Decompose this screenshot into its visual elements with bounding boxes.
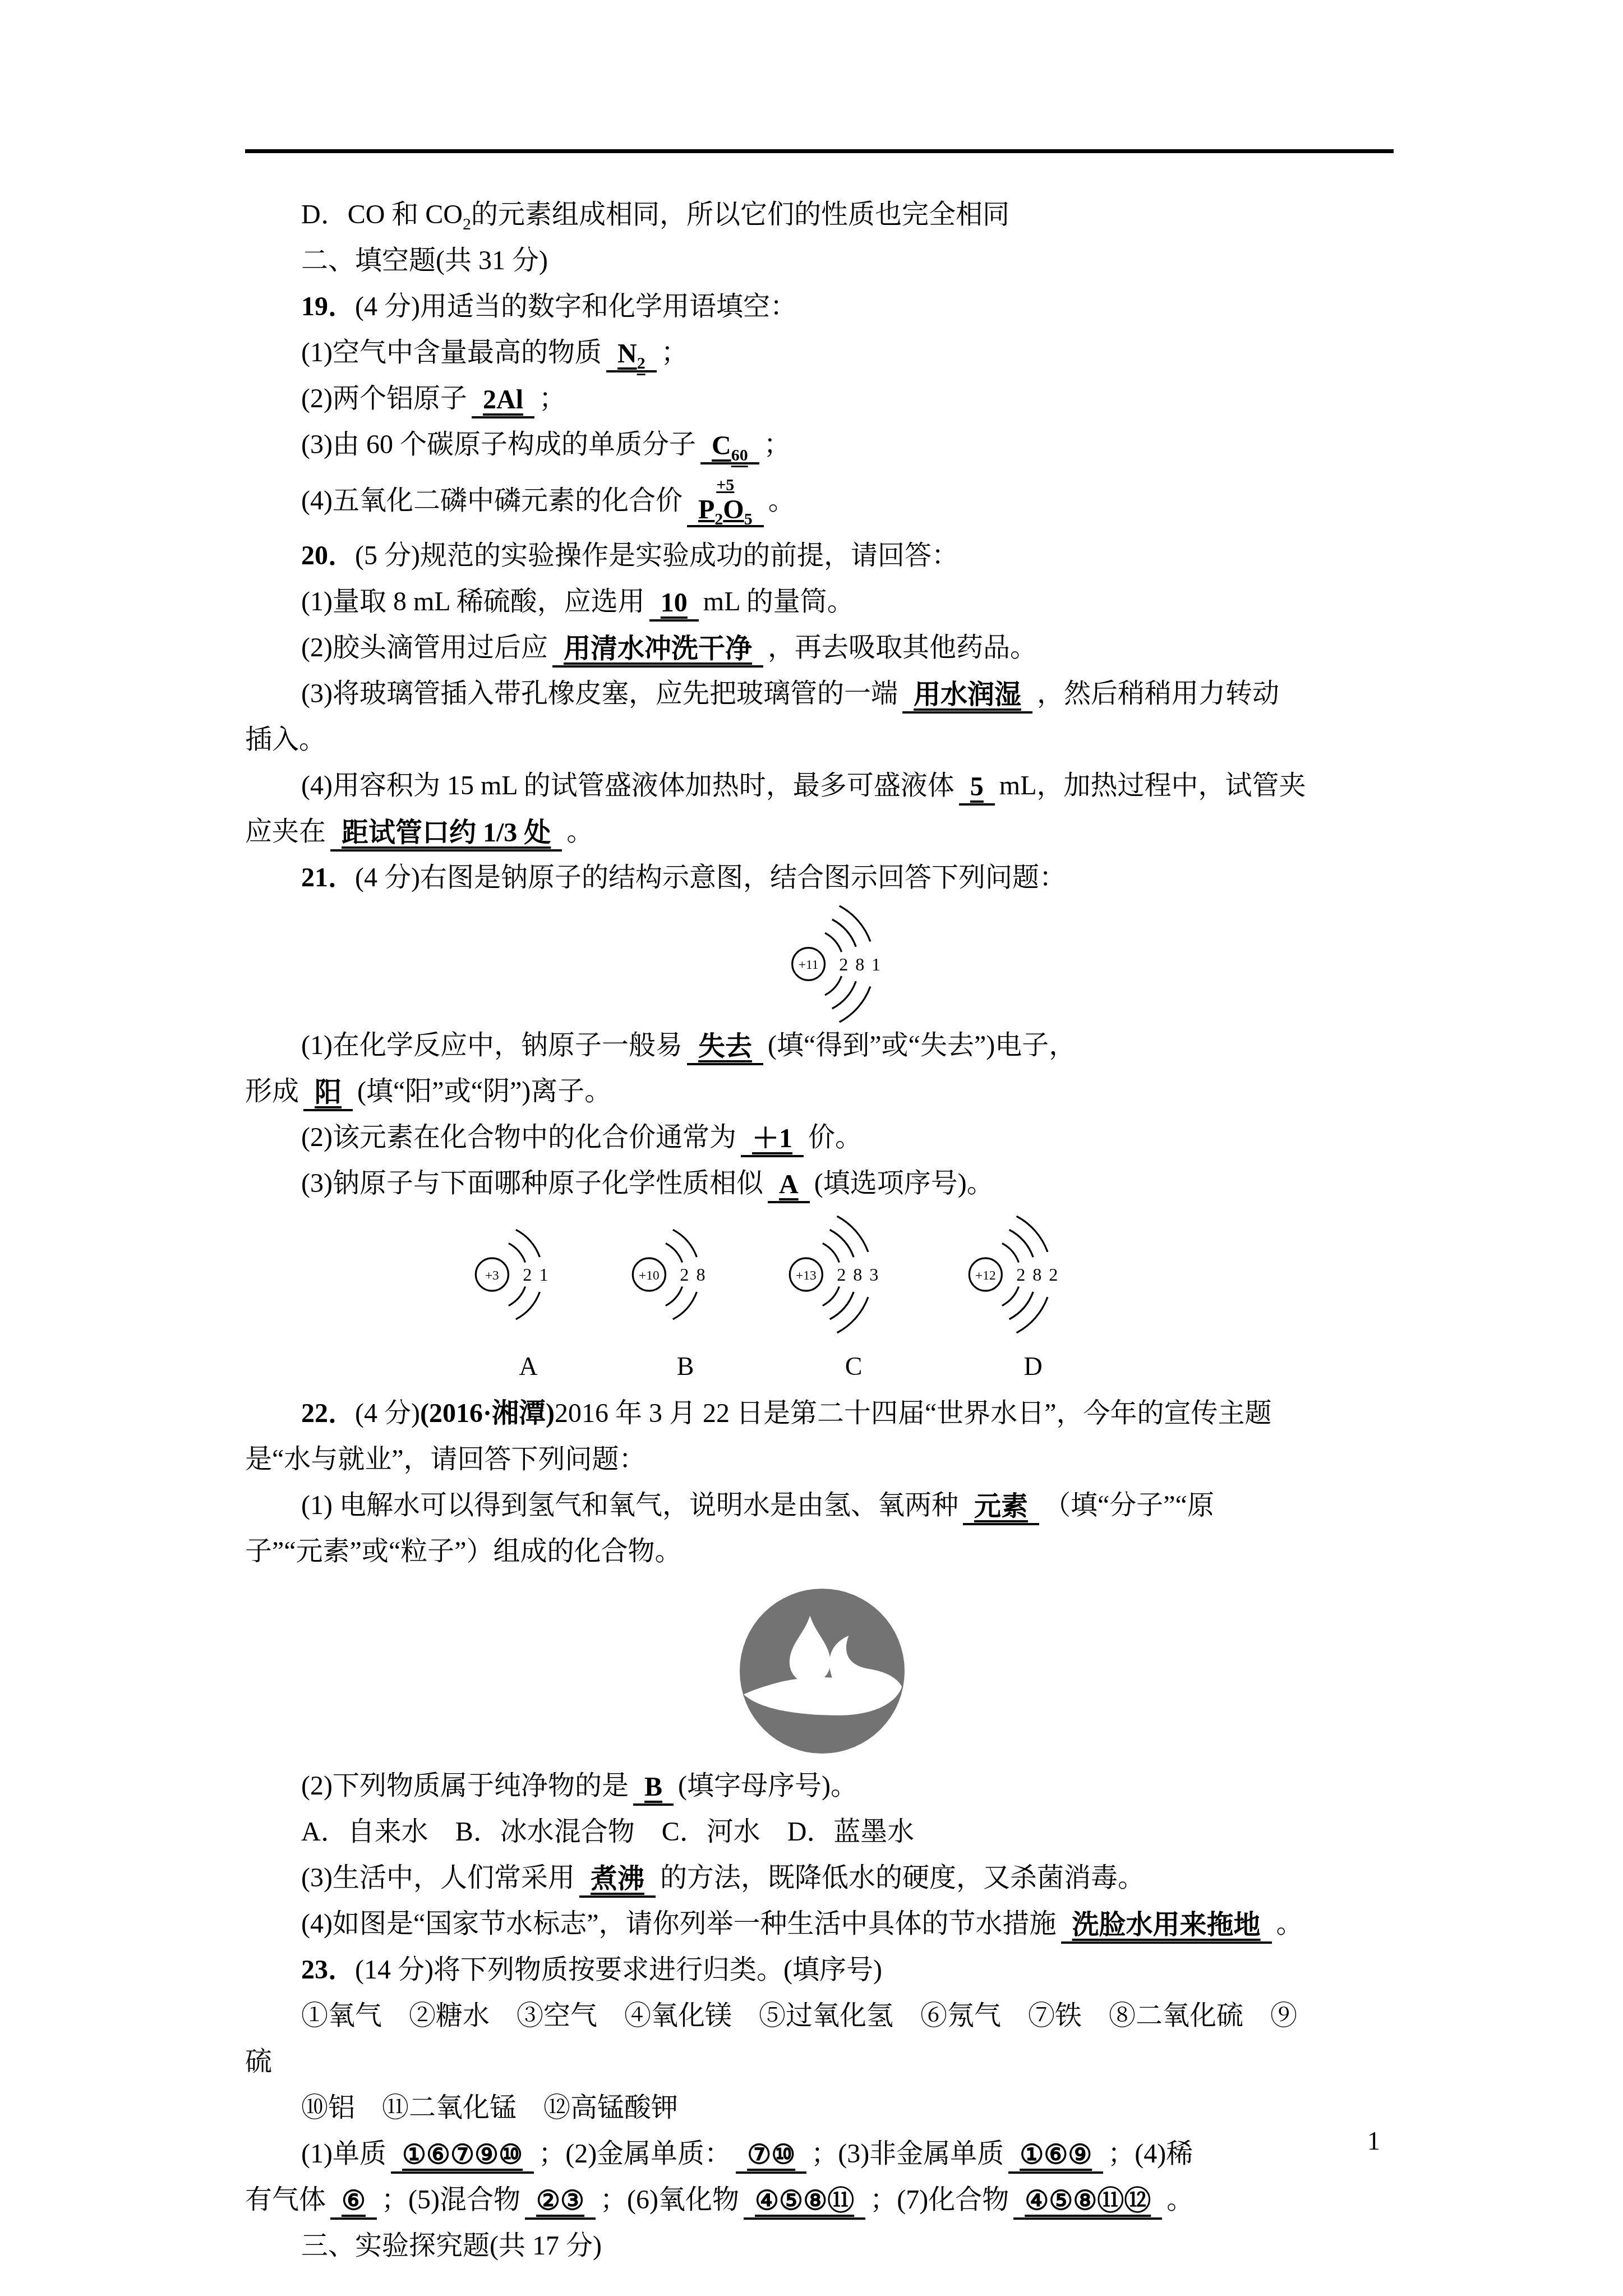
answer-blank-p2o5: +5P2O5 [687, 476, 764, 527]
q23-cls-label5: 有气体 [245, 2185, 326, 2215]
atom-option-d-svg: +12 2 8 2 [963, 1216, 1103, 1333]
water-saving-logo [245, 1588, 1399, 1754]
q19-item4-punct: 。 [768, 486, 795, 516]
q22-head-cont: 是“水与就业”，请回答下列问题： [245, 1437, 1399, 1483]
q22-head-text: 2016 年 3 月 22 日是第二十四届“世界水日”，今年的宣传主题 [555, 1398, 1272, 1428]
q20-item4-punct: 。 [566, 817, 593, 846]
q23-items-line1: ①氧气 ②糖水 ③空气 ④氧化镁 ⑤过氧化氢 ⑥氖气 ⑦铁 ⑧二氧化硫 ⑨ [245, 1993, 1399, 2039]
answer-blank-lose: 失去 [687, 1030, 763, 1065]
shell-arc [1002, 1287, 1019, 1306]
q20-item3: (3)将玻璃管插入带孔橡皮塞，应先把玻璃管的一端用水润湿，然后稍稍用力转动 [245, 671, 1399, 717]
answer-blank-wet: 用水润湿 [902, 679, 1032, 714]
q21-head: 21．(4 分)右图是钠原子的结构示意图，结合图示回答下列问题： [245, 855, 1399, 901]
q20-item1: (1)量取 8 mL 稀硫酸，应选用10mL 的量筒。 [245, 579, 1399, 625]
q20-head-text: (5 分)规范的实验操作是实验成功的前提，请回答： [355, 541, 958, 570]
answer-blank-third: 距试管口约 1/3 处 [330, 817, 562, 852]
atom-option-a: +3 2 1 A [469, 1216, 587, 1381]
q21-item1-cont-text: 形成 [245, 1076, 299, 1106]
q22-item3-rest: 的方法，既降低水的硬度，又杀菌消毒。 [660, 1863, 1145, 1893]
q23-items-line2: ⑩铝 ⑪二氧化锰 ⑫高锰酸钾 [245, 2085, 1399, 2131]
answer-blank-metals: ⑦⑩ [736, 2139, 806, 2174]
q19-head-text: (4 分)用适当的数字和化学用语填空： [355, 292, 797, 321]
q22-choices: A．自来水 B．冰水混合物 C．河水 D．蓝墨水 [245, 1809, 1399, 1855]
answer-blank-2al: 2Al [472, 384, 534, 418]
shell-arc [666, 1243, 683, 1262]
q22-item2-text: (2)下列物质属于纯净物的是 [301, 1771, 629, 1801]
q23-classify-line1: (1)单质①⑥⑦⑨⑩；(2)金属单质：⑦⑩；(3)非金属单质①⑥⑨；(4)稀 [245, 2131, 1399, 2177]
q23-cls-end: 。 [1166, 2185, 1193, 2215]
q23-cls-label6: ；(5)混合物 [381, 2185, 520, 2215]
shell-electrons-1: 2 [837, 1264, 846, 1285]
shell-arc [666, 1287, 683, 1306]
answer-blank-nonmetals: ①⑥⑨ [1008, 2139, 1103, 2174]
shell-electrons-2: 8 [855, 954, 864, 974]
shell-arc [840, 987, 870, 1023]
answer-blank-b: B [633, 1771, 674, 1806]
section2-title: 二、填空题(共 31 分) [245, 238, 1399, 284]
page-content: D．CO 和 CO2的元素组成相同，所以它们的性质也完全相同 二、填空题(共 3… [245, 192, 1399, 2269]
q22-item2: (2)下列物质属于纯净物的是B(填字母序号)。 [245, 1763, 1399, 1809]
oxidation-state-formula: +5P2O5 [698, 476, 753, 525]
q20-item4-mid: mL，加热过程中，试管夹 [999, 771, 1306, 800]
atom-option-a-label: A [469, 1352, 587, 1381]
shell-electrons-3: 1 [872, 954, 880, 974]
q23-number: 23． [301, 1955, 355, 1985]
q21-head-text: (4 分)右图是钠原子的结构示意图，结合图示回答下列问题： [355, 863, 1066, 892]
q21-item2: (2)该元素在化合物中的化合价通常为＋1价。 [245, 1115, 1399, 1161]
atom-option-b-label: B [626, 1352, 744, 1381]
q20-item4: (4)用容积为 15 mL 的试管盛液体加热时，最多可盛液体5mL，加热过程中，… [245, 763, 1399, 809]
atom-option-b: +10 2 8 B [626, 1216, 744, 1381]
nucleus-charge: +12 [975, 1268, 996, 1283]
q22-item1-text: (1) 电解水可以得到氢气和氧气，说明水是由氢、氧两种 [301, 1490, 958, 1520]
q22-item4-text: (4)如图是“国家节水标志”，请你列举一种生活中具体的节水措施 [301, 1909, 1057, 1939]
q22-head: 22．(4 分)(2016·湘潭)2016 年 3 月 22 日是第二十四届“世… [245, 1391, 1399, 1437]
q20-item1-text: (1)量取 8 mL 稀硫酸，应选用 [301, 587, 645, 616]
q20-head: 20．(5 分)规范的实验操作是实验成功的前提，请回答： [245, 533, 1399, 579]
atom-option-b-svg: +10 2 8 [626, 1216, 744, 1333]
oxidation-number: +5 [698, 476, 753, 495]
q19-item2-punct: ； [539, 384, 566, 413]
q22-item1: (1) 电解水可以得到氢气和氧气，说明水是由氢、氧两种元素（填“分子”“原 [245, 1483, 1399, 1529]
q23-cls-label8: ；(7)化合物 [870, 2185, 1009, 2215]
q23-items-line1-cont: 硫 [245, 2039, 1399, 2085]
answer-blank-mixtures: ②③ [525, 2185, 596, 2220]
shell-arc [837, 1216, 868, 1252]
shell-electrons-3: 2 [1049, 1264, 1058, 1285]
answer-blank-compounds: ④⑤⑧⑪⑫ [1013, 2185, 1162, 2220]
page-number: 1 [1367, 2126, 1380, 2156]
answer-blank-10ml: 10 [649, 587, 699, 622]
q19-item4-text: (4)五氧化二磷中磷元素的化合价 [301, 486, 683, 516]
q22-item3: (3)生活中，人们常采用煮沸的方法，既降低水的硬度，又杀菌消毒。 [245, 1855, 1399, 1901]
nucleus-charge: +10 [639, 1268, 660, 1283]
q23-cls-label1: (1)单质 [301, 2139, 386, 2169]
q23-classify-line2: 有气体⑥；(5)混合物②③；(6)氧化物④⑤⑧⑪；(7)化合物④⑤⑧⑪⑫。 [245, 2177, 1399, 2223]
answer-blank-a: A [768, 1168, 810, 1203]
nucleus-charge: +11 [799, 958, 819, 972]
q19-item1: (1)空气中含量最高的物质N2； [245, 330, 1399, 376]
q20-item2-text: (2)胶头滴管用过后应 [301, 633, 548, 662]
q22-item4-punct: 。 [1276, 1909, 1303, 1939]
shell-electrons-1: 2 [1016, 1264, 1025, 1285]
q22-number: 22． [301, 1398, 355, 1428]
shell-arc [840, 906, 870, 942]
q19-item3-punct: ； [764, 430, 791, 459]
q22-item4: (4)如图是“国家节水标志”，请你列举一种生活中具体的节水措施洗脸水用来拖地。 [245, 1901, 1399, 1947]
shell-arc [837, 1297, 868, 1333]
q19-number: 19． [301, 292, 355, 321]
q21-item1-cont: 形成阳(填“阳”或“阴”)离子。 [245, 1069, 1399, 1115]
q22-score: (4 分) [355, 1398, 420, 1428]
q21-item3: (3)钠原子与下面哪种原子化学性质相似A(填选项序号)。 [245, 1161, 1399, 1207]
co2-subscript: 2 [463, 215, 471, 233]
q21-item1-cont-rest: (填“阳”或“阴”)离子。 [357, 1076, 611, 1106]
q20-item2-rest: ，再去吸取其他药品。 [768, 633, 1037, 662]
shell-electrons-2: 1 [539, 1264, 548, 1285]
q20-item3-rest: ，然后稍稍用力转动 [1037, 679, 1279, 708]
atom-option-a-svg: +3 2 1 [469, 1216, 587, 1333]
atom-options-row: +3 2 1 A +10 2 [245, 1216, 1399, 1381]
q22-item1-rest: （填“分子”“原 [1044, 1490, 1214, 1520]
answer-blank-noble-gas: ⑥ [330, 2185, 377, 2220]
answer-blank-oxides: ④⑤⑧⑪ [744, 2185, 865, 2220]
q21-number: 21． [301, 863, 355, 892]
q23-cls-label7: ；(6)氧化物 [600, 2185, 739, 2215]
exam-page: D．CO 和 CO2的元素组成相同，所以它们的性质也完全相同 二、填空题(共 3… [0, 0, 1623, 2296]
q22-item2-rest: (填字母序号)。 [678, 1771, 857, 1801]
q21-item1-text: (1)在化学反应中，钠原子一般易 [301, 1030, 683, 1060]
shell-arc [823, 1287, 840, 1306]
shell-arc [1002, 1243, 1019, 1262]
q20-item2: (2)胶头滴管用过后应用清水冲洗干净，再去吸取其他药品。 [245, 625, 1399, 671]
q20-item4-text: (4)用容积为 15 mL 的试管盛液体加热时，最多可盛液体 [301, 771, 955, 800]
nucleus-charge: +3 [485, 1268, 499, 1283]
q23-head-text: (14 分)将下列物质按要求进行归类。(填序号) [355, 1955, 882, 1985]
q20-item1-rest: mL 的量筒。 [703, 587, 854, 616]
atom-option-c-label: C [783, 1352, 924, 1381]
q19-item4: (4)五氧化二磷中磷元素的化合价+5P2O5。 [245, 476, 1399, 527]
q19-item1-punct: ； [661, 338, 688, 367]
shell-electrons-1: 2 [839, 954, 848, 974]
q20-item3-text: (3)将玻璃管插入带孔橡皮塞，应先把玻璃管的一端 [301, 679, 898, 708]
q21-item2-rest: 价。 [808, 1122, 862, 1152]
q23-cls-label4: ；(4)稀 [1108, 2139, 1193, 2169]
q21-item2-text: (2)该元素在化合物中的化合价通常为 [301, 1122, 736, 1152]
shell-electrons-3: 3 [869, 1264, 878, 1285]
q22-source: (2016·湘潭) [420, 1398, 555, 1428]
q19-item1-text: (1)空气中含量最高的物质 [301, 338, 602, 367]
q23-head: 23．(14 分)将下列物质按要求进行归类。(填序号) [245, 1947, 1399, 1993]
answer-blank-5ml: 5 [959, 771, 995, 806]
shell-electrons-2: 8 [1032, 1264, 1041, 1285]
shell-arc [1017, 1297, 1048, 1333]
shell-arc [509, 1243, 525, 1262]
answer-blank-reuse-water: 洗脸水用来拖地 [1061, 1909, 1272, 1944]
q22-item3-text: (3)生活中，人们常采用 [301, 1863, 575, 1893]
shell-arc [825, 933, 842, 952]
shell-arc [823, 1243, 840, 1262]
shell-arc [1017, 1216, 1048, 1252]
answer-blank-elements: ①⑥⑦⑨⑩ [391, 2139, 534, 2174]
q22-item1-cont: 子”“元素”或“粒子”）组成的化合物。 [245, 1529, 1399, 1575]
option-d-text: D．CO 和 CO [301, 200, 463, 229]
shell-electrons-2: 8 [853, 1264, 862, 1285]
q20-item4-cont-text: 应夹在 [245, 817, 326, 846]
q20-number: 20． [301, 541, 355, 570]
q21-item1: (1)在化学反应中，钠原子一般易失去(填“得到”或“失去”)电子， [245, 1023, 1399, 1069]
shell-electrons-2: 8 [696, 1264, 705, 1285]
q19-item3: (3)由 60 个碳原子构成的单质分子C60； [245, 422, 1399, 468]
q21-item3-rest: (填选项序号)。 [814, 1168, 994, 1198]
water-saving-logo-svg [739, 1588, 905, 1754]
answer-blank-boil: 煮沸 [579, 1863, 656, 1898]
answer-blank-element: 元素 [963, 1490, 1039, 1525]
sodium-atom-svg: +11 2 8 1 [786, 905, 926, 1023]
q21-item3-text: (3)钠原子与下面哪种原子化学性质相似 [301, 1168, 763, 1198]
shell-electrons-1: 2 [680, 1264, 689, 1285]
q19-item3-text: (3)由 60 个碳原子构成的单质分子 [301, 430, 696, 459]
option-d-text-rest: 的元素组成相同，所以它们的性质也完全相同 [471, 200, 1009, 229]
q21-item1-rest: (填“得到”或“失去”)电子， [768, 1030, 1076, 1060]
nucleus-charge: +13 [796, 1268, 817, 1283]
sodium-atom-diagram: +11 2 8 1 [312, 905, 1399, 1023]
answer-blank-cation: 阳 [303, 1076, 353, 1111]
q19-head: 19．(4 分)用适当的数字和化学用语填空： [245, 284, 1399, 330]
q19-item2-text: (2)两个铝原子 [301, 384, 467, 413]
shell-arc [825, 976, 842, 995]
shell-arc [509, 1287, 525, 1306]
atom-option-d: +12 2 8 2 D [963, 1216, 1103, 1381]
q20-item4-cont: 应夹在距试管口约 1/3 处。 [245, 809, 1399, 855]
atom-option-d-label: D [963, 1352, 1103, 1381]
option-d-line: D．CO 和 CO2的元素组成相同，所以它们的性质也完全相同 [245, 192, 1399, 238]
q19-item2: (2)两个铝原子2Al； [245, 376, 1399, 422]
section3-title: 三、实验探究题(共 17 分) [245, 2223, 1399, 2269]
q23-cls-label3: ；(3)非金属单质 [811, 2139, 1004, 2169]
answer-blank-c60: C60 [700, 430, 759, 464]
answer-blank-plus1: ＋1 [741, 1122, 804, 1157]
q23-cls-label2: ；(2)金属单质： [538, 2139, 731, 2169]
answer-blank-rinse: 用清水冲洗干净 [552, 633, 763, 668]
atom-option-c: +13 2 8 3 C [783, 1216, 924, 1381]
shell-electrons-1: 2 [523, 1264, 532, 1285]
atom-option-c-svg: +13 2 8 3 [783, 1216, 924, 1333]
answer-blank-n2: N2 [606, 338, 657, 372]
q20-item3-cont: 插入。 [245, 717, 1399, 763]
top-rule [245, 149, 1394, 153]
